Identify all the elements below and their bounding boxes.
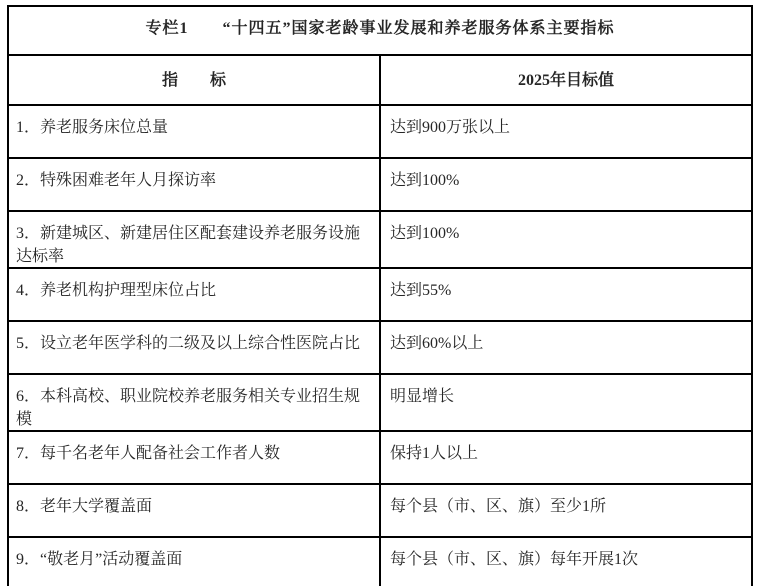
indicator-cell: 6．本科高校、职业院校养老服务相关专业招生规模 [8,374,380,431]
table-row: 3．新建城区、新建居住区配套建设养老服务设施达标率 达到100% [8,211,752,268]
indicator-cell: 1．养老服务床位总量 [8,105,380,158]
header-row: 指 标 2025年目标值 [8,55,752,105]
target-cell: 明显增长 [380,374,752,431]
indicator-cell: 4．养老机构护理型床位占比 [8,268,380,321]
indicator-cell: 2．特殊困难老年人月探访率 [8,158,380,211]
title-row: 专栏1 “十四五”国家老龄事业发展和养老服务体系主要指标 [8,6,752,55]
indicator-cell: 8．老年大学覆盖面 [8,484,380,537]
header-target: 2025年目标值 [380,55,752,105]
table-row: 1．养老服务床位总量 达到900万张以上 [8,105,752,158]
target-cell: 保持1人以上 [380,431,752,484]
table-row: 5．设立老年医学科的二级及以上综合性医院占比 达到60%以上 [8,321,752,374]
target-cell: 达到100% [380,158,752,211]
target-cell: 达到100% [380,211,752,268]
target-cell: 达到900万张以上 [380,105,752,158]
table-row: 2．特殊困难老年人月探访率 达到100% [8,158,752,211]
header-indicator: 指 标 [8,55,380,105]
table-row: 4．养老机构护理型床位占比 达到55% [8,268,752,321]
target-cell: 每个县（市、区、旗）每年开展1次 [380,537,752,586]
table-title: 专栏1 “十四五”国家老龄事业发展和养老服务体系主要指标 [8,6,752,55]
table-row: 8．老年大学覆盖面 每个县（市、区、旗）至少1所 [8,484,752,537]
table-row: 9．“敬老月”活动覆盖面 每个县（市、区、旗）每年开展1次 [8,537,752,586]
indicator-cell: 7．每千名老年人配备社会工作者人数 [8,431,380,484]
target-cell: 达到60%以上 [380,321,752,374]
indicator-cell: 9．“敬老月”活动覆盖面 [8,537,380,586]
target-cell: 每个县（市、区、旗）至少1所 [380,484,752,537]
indicator-cell: 3．新建城区、新建居住区配套建设养老服务设施达标率 [8,211,380,268]
table-row: 6．本科高校、职业院校养老服务相关专业招生规模 明显增长 [8,374,752,431]
table-row: 7．每千名老年人配备社会工作者人数 保持1人以上 [8,431,752,484]
indicator-cell: 5．设立老年医学科的二级及以上综合性医院占比 [8,321,380,374]
indicators-table: 专栏1 “十四五”国家老龄事业发展和养老服务体系主要指标 指 标 2025年目标… [7,5,753,586]
target-cell: 达到55% [380,268,752,321]
